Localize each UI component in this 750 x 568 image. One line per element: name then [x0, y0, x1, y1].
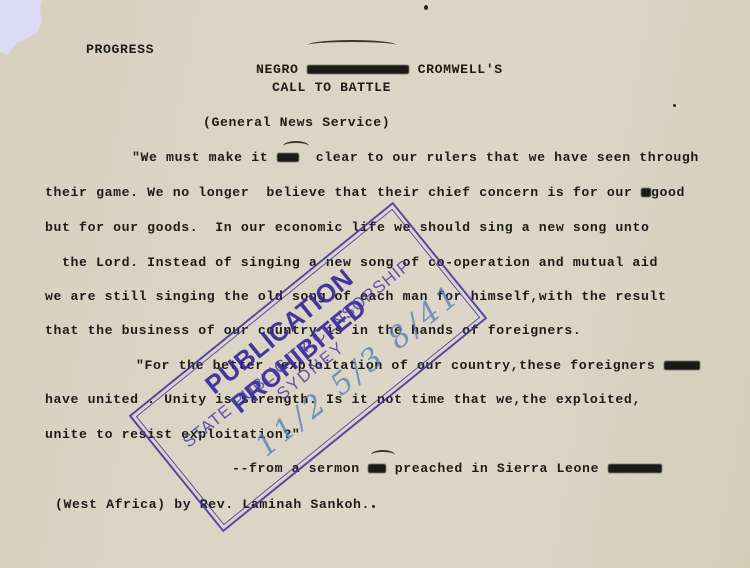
- struck-out-text: [664, 361, 700, 370]
- struck-out-text: [307, 65, 409, 74]
- header-label: PROGRESS: [86, 42, 154, 58]
- title-prefix: NEGRO: [256, 62, 299, 77]
- ink-speck: [673, 104, 676, 107]
- title-suffix: CROMWELL'S: [418, 62, 503, 77]
- struck-out-text: [641, 188, 651, 197]
- pencil-arc: [371, 450, 395, 460]
- ink-speck: [424, 5, 428, 10]
- struck-out-text: [608, 464, 662, 473]
- struck-out-text: [277, 153, 299, 162]
- document-page: PROGRESS NEGRO CROMWELL'S CALL TO BATTLE…: [0, 0, 750, 568]
- body-line: but for our goods. In our economic life …: [45, 220, 649, 236]
- pencil-arc: [308, 40, 396, 50]
- body-line: their game. We no longer believe that th…: [45, 185, 685, 201]
- torn-corner: [0, 0, 42, 55]
- title-line-2: CALL TO BATTLE: [272, 80, 391, 96]
- struck-out-text: [368, 464, 386, 473]
- news-source: (General News Service): [203, 115, 390, 131]
- title-line-1: NEGRO CROMWELL'S: [256, 62, 503, 78]
- ink-speck: [372, 505, 375, 508]
- body-line: "We must make it clear to our rulers tha…: [132, 150, 699, 166]
